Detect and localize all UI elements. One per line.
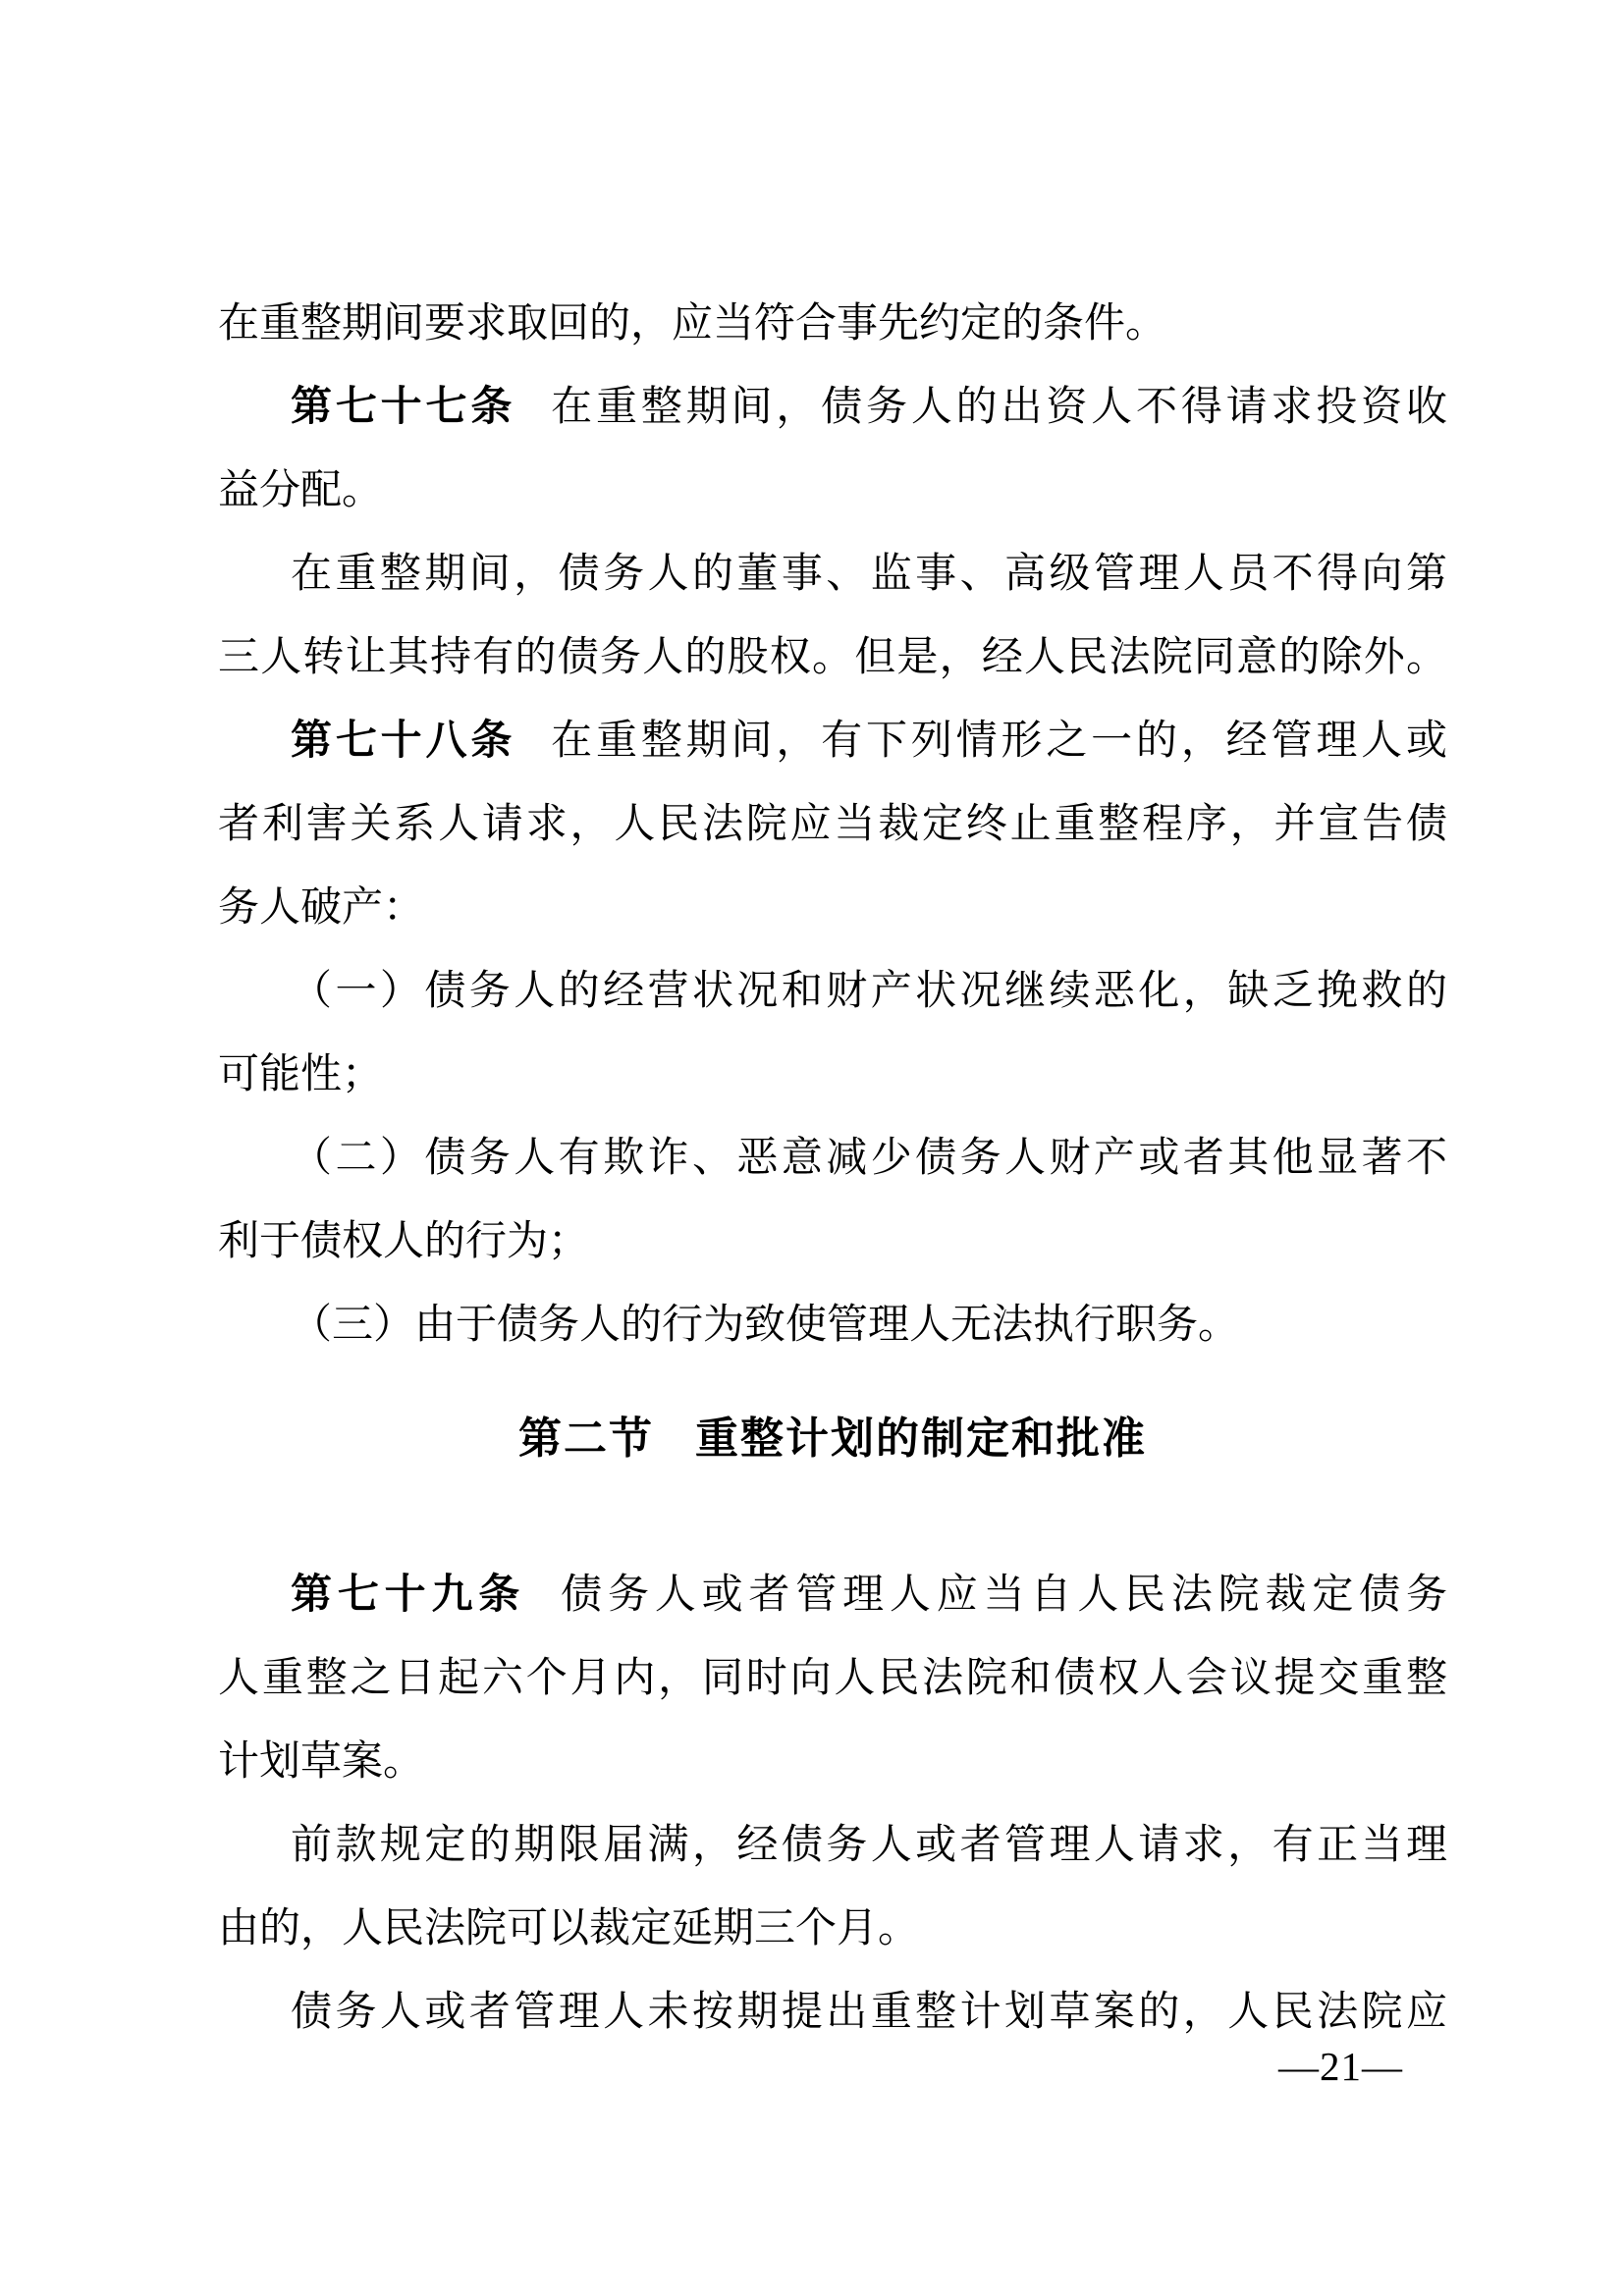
line-text: 人重整之日起六个月内，同时向人民法院和债权人会议提交重整 — [218, 1656, 1447, 1701]
text-line: 第七十七条在重整期间，债务人的出资人不得请求投资收 — [218, 366, 1447, 450]
text-line: （三）由于债务人的行为致使管理人无法执行职务。 — [218, 1284, 1447, 1367]
line-text: 在重整期间，债务人的出资人不得请求投资收 — [551, 385, 1447, 430]
line-text: 计划草案。 — [218, 1739, 424, 1785]
text-line: 益分配。 — [218, 450, 1447, 533]
text-line: （一）债务人的经营状况和财产状况继续恶化，缺乏挽救的 — [218, 950, 1447, 1034]
text-line: 在重整期间，债务人的董事、监事、高级管理人员不得向第 — [218, 533, 1447, 616]
text-line: 利于债权人的行为； — [218, 1201, 1447, 1284]
text-line: 三人转让其持有的债务人的股权。但是，经人民法院同意的除外。 — [218, 616, 1447, 700]
article-number-label: 第七十九条 — [291, 1573, 525, 1618]
text-line: 在重整期间要求取回的，应当符合事先约定的条件。 — [218, 283, 1447, 366]
line-text: 务人破产： — [218, 885, 424, 931]
text-line: 债务人或者管理人未按期提出重整计划草案的，人民法院应 — [218, 1971, 1447, 2055]
text-block: 在重整期间要求取回的，应当符合事先约定的条件。 第七十七条在重整期间，债务人的出… — [218, 283, 1447, 2055]
line-text: 益分配。 — [218, 468, 383, 513]
text-line: 第七十九条债务人或者管理人应当自人民法院裁定债务 — [218, 1554, 1447, 1637]
text-line: （二）债务人有欺诈、恶意减少债务人财产或者其他显著不 — [218, 1117, 1447, 1201]
line-text: 前款规定的期限届满，经债务人或者管理人请求，有正当理 — [291, 1823, 1447, 1868]
text-line: 前款规定的期限届满，经债务人或者管理人请求，有正当理 — [218, 1804, 1447, 1888]
text-line: 务人破产： — [218, 867, 1447, 950]
line-text: 利于债权人的行为； — [218, 1219, 589, 1264]
line-text: 者利害关系人请求，人民法院应当裁定终止重整程序，并宣告债 — [218, 802, 1447, 847]
text-line: 者利害关系人请求，人民法院应当裁定终止重整程序，并宣告债 — [218, 783, 1447, 867]
line-text: 在重整期间，债务人的董事、监事、高级管理人员不得向第 — [291, 552, 1447, 597]
document-page: 在重整期间要求取回的，应当符合事先约定的条件。 第七十七条在重整期间，债务人的出… — [0, 0, 1624, 2296]
line-text: （二）债务人有欺诈、恶意减少债务人财产或者其他显著不 — [291, 1136, 1447, 1181]
article-number-label: 第七十七条 — [291, 385, 515, 430]
section-heading: 第二节重整计划的制定和批准 — [218, 1397, 1447, 1480]
line-text: 在重整期间要求取回的，应当符合事先约定的条件。 — [218, 301, 1166, 347]
line-text: （三）由于债务人的行为致使管理人无法执行职务。 — [291, 1303, 1239, 1348]
section-title: 重整计划的制定和批准 — [695, 1415, 1147, 1463]
line-text: 债务人或者管理人未按期提出重整计划草案的，人民法院应 — [291, 1990, 1447, 2035]
text-line: 第七十八条在重整期间，有下列情形之一的，经管理人或 — [218, 700, 1447, 783]
section-number: 第二节 — [518, 1415, 654, 1463]
line-text: 可能性； — [218, 1052, 383, 1097]
line-text: （一）债务人的经营状况和财产状况继续恶化，缺乏挽救的 — [291, 969, 1447, 1014]
page-number: —21— — [1278, 2047, 1403, 2087]
article-number-label: 第七十八条 — [291, 719, 515, 764]
line-text: 在重整期间，有下列情形之一的，经管理人或 — [551, 719, 1447, 764]
text-line: 人重整之日起六个月内，同时向人民法院和债权人会议提交重整 — [218, 1637, 1447, 1721]
text-line: 由的，人民法院可以裁定延期三个月。 — [218, 1888, 1447, 1971]
text-line: 计划草案。 — [218, 1721, 1447, 1804]
text-line: 可能性； — [218, 1034, 1447, 1117]
line-text: 三人转让其持有的债务人的股权。但是，经人民法院同意的除外。 — [218, 635, 1447, 680]
line-text: 债务人或者管理人应当自人民法院裁定债务 — [561, 1573, 1447, 1618]
line-text: 由的，人民法院可以裁定延期三个月。 — [218, 1906, 919, 1951]
